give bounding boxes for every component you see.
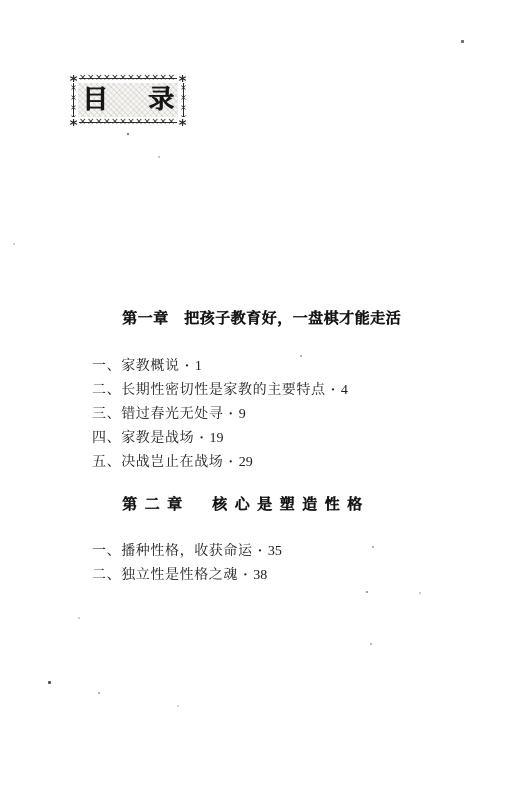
toc-entry-page: 38	[253, 568, 267, 583]
dot-separator: ·	[199, 431, 204, 446]
stitch-border-left: ××××	[68, 83, 78, 117]
dot-separator: ·	[185, 359, 190, 374]
toc-entry-label: 一、播种性格，收获命运	[92, 544, 253, 559]
toc-entry-page: 35	[268, 544, 282, 559]
noise-speck	[370, 643, 372, 645]
toc-entry-page: 29	[239, 455, 253, 470]
toc-entry: 二、长期性密切性是家教的主要特点·4	[92, 382, 348, 400]
toc-entry: 一、家教概说·1	[92, 358, 202, 376]
toc-entry-label: 一、家教概说	[92, 359, 180, 374]
toc-entry-label: 四、家教是战场	[92, 431, 194, 446]
toc-entry-label: 二、独立性是性格之魂	[92, 568, 238, 583]
noise-speck	[13, 243, 15, 245]
corner-star-icon: *	[68, 121, 79, 127]
toc-entry-label: 二、长期性密切性是家教的主要特点	[92, 383, 326, 398]
stitch-border-bottom: * ×××××××××××××××× *	[68, 117, 188, 127]
corner-star-icon: *	[68, 77, 79, 83]
noise-speck	[127, 133, 129, 135]
corner-star-icon: *	[177, 121, 188, 127]
stitch-border-top: * ×××××××××××××××× *	[68, 73, 188, 83]
noise-speck	[98, 692, 100, 694]
noise-speck	[366, 591, 368, 593]
dot-separator: ·	[228, 455, 233, 470]
noise-speck	[78, 617, 80, 619]
toc-entry: 五、决战岂止在战场·29	[92, 454, 253, 472]
noise-speck	[48, 681, 51, 684]
toc-entry-page: 1	[195, 359, 202, 374]
toc-title: 目 录	[78, 83, 178, 117]
toc-entry-label: 三、错过春光无处寻	[92, 407, 223, 422]
toc-title-box: * ×××××××××××××××× * ×××× 目 录 ×××× * ×××…	[68, 73, 188, 127]
noise-speck	[419, 592, 421, 594]
dot-separator: ·	[228, 407, 233, 422]
toc-entry-page: 19	[209, 431, 223, 446]
toc-entry-page: 4	[341, 383, 348, 398]
noise-speck	[158, 156, 160, 158]
toc-title-char-lu: 录	[148, 87, 174, 113]
toc-entry-page: 9	[239, 407, 246, 422]
chapter-2-heading: 第二章 核心是塑造性格	[122, 494, 370, 514]
stitch-ornament-bottom: ××××××××××××××××	[79, 117, 177, 127]
toc-entry: 一、播种性格，收获命运·35	[92, 543, 282, 561]
noise-speck	[461, 40, 464, 43]
toc-entry-label: 五、决战岂止在战场	[92, 455, 223, 470]
toc-entry: 四、家教是战场·19	[92, 430, 223, 448]
noise-speck	[372, 546, 374, 548]
chapter-1-heading: 第一章 把孩子教育好，一盘棋才能走活	[122, 308, 401, 328]
corner-star-icon: *	[177, 77, 188, 83]
dot-separator: ·	[258, 544, 263, 559]
toc-title-box-middle: ×××× 目 录 ××××	[68, 83, 188, 117]
stitch-border-right: ××××	[178, 83, 188, 117]
stitch-ornament-top: ××××××××××××××××	[79, 73, 177, 83]
scanned-book-toc-page: * ×××××××××××××××× * ×××× 目 录 ×××× * ×××…	[0, 0, 506, 806]
noise-speck	[300, 355, 302, 357]
toc-title-char-mu: 目	[82, 87, 108, 113]
dot-separator: ·	[243, 568, 248, 583]
dot-separator: ·	[331, 383, 336, 398]
toc-entry: 二、独立性是性格之魂·38	[92, 567, 267, 585]
toc-entry: 三、错过春光无处寻·9	[92, 406, 246, 424]
noise-speck	[177, 705, 179, 707]
